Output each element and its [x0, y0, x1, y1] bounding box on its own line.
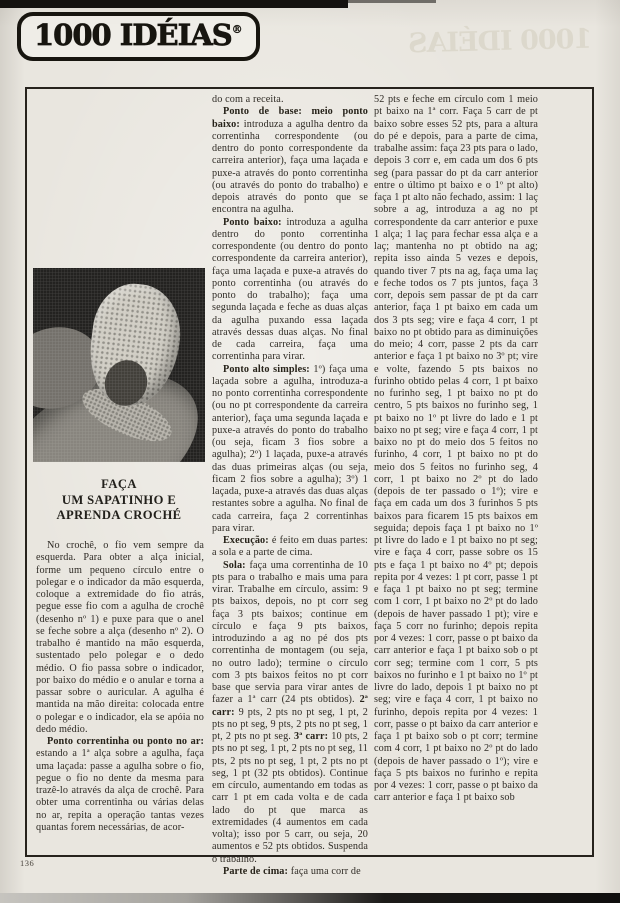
- column-middle: do com a receita. Ponto de base: meio po…: [212, 94, 368, 878]
- title-line-2: UM SAPATINHO E: [30, 493, 208, 509]
- page-number: 136: [20, 858, 34, 868]
- title-line-3: APRENDA CROCHÉ: [30, 508, 208, 524]
- paragraph: No crochê, o fio vem sempre da esquerda.…: [36, 540, 204, 736]
- registered-trademark-mark: ®: [232, 23, 243, 36]
- paragraph: Sola: faça uma correntinha de 10 pts par…: [212, 560, 368, 866]
- magazine-logo-text: 1000 IDÉIAS®: [34, 18, 243, 52]
- paragraph: Ponto de base: meio ponto baixo: introdu…: [212, 106, 368, 216]
- scan-edge-bottom-bar: [0, 893, 620, 903]
- logo-wordmark: 1000 IDÉIAS: [34, 18, 232, 52]
- magazine-logo: 1000 IDÉIAS®: [17, 12, 260, 61]
- paragraph: Ponto baixo: introduza a agulha dentro d…: [212, 217, 368, 364]
- page-title: FAÇA UM SAPATINHO E APRENDA CROCHÉ: [30, 477, 208, 524]
- bootie-photo: [33, 268, 205, 462]
- paragraph: Ponto alto simples: 1º) faça uma laçada …: [212, 364, 368, 536]
- halftone-texture: [33, 268, 205, 462]
- paragraph: 52 pts e feche em círculo com 1 meio pt …: [374, 94, 538, 805]
- column-left: No crochê, o fio vem sempre da esquerda.…: [36, 540, 204, 834]
- paragraph: Parte de cima: faça uma corr de: [212, 866, 368, 878]
- paragraph: do com a receita.: [212, 94, 368, 106]
- column-right: 52 pts e feche em círculo com 1 meio pt …: [374, 94, 538, 805]
- scan-edge-top-line: [346, 0, 436, 3]
- paragraph: Ponto correntinha ou ponto no ar: estand…: [36, 736, 204, 834]
- title-line-1: FAÇA: [30, 477, 208, 493]
- show-through-ghost-logo: 1000 IDÉIAS: [408, 24, 592, 60]
- paragraph: Execução: é feito em duas partes: a sola…: [212, 535, 368, 560]
- scan-edge-top-bar: [0, 0, 348, 8]
